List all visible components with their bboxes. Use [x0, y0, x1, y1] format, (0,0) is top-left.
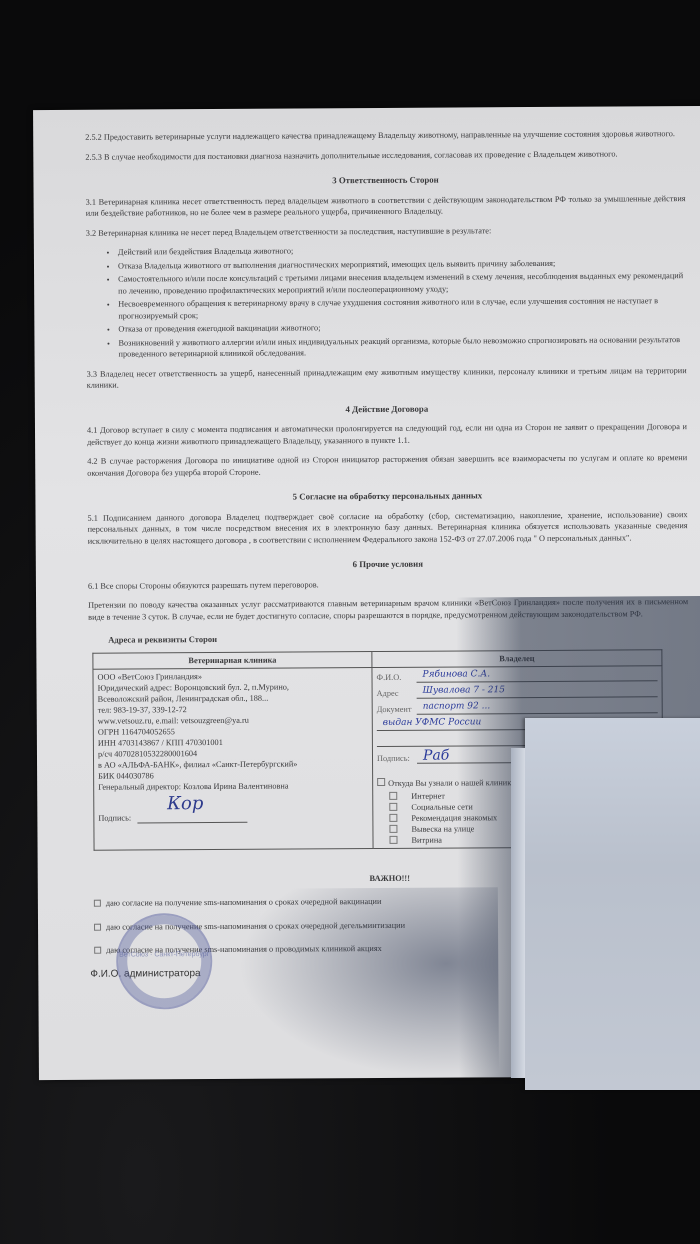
- owner-document-label: Документ: [377, 703, 417, 714]
- requisites-title: Адреса и реквизиты Сторон: [108, 631, 688, 646]
- owner-column-header: Владелец: [372, 649, 662, 667]
- clinic-line: Генеральный директор: Козлова Ирина Вале…: [98, 780, 368, 793]
- owner-signature-label: Подпись:: [377, 752, 417, 763]
- checkbox-icon[interactable]: [94, 947, 101, 954]
- checkbox-icon[interactable]: [389, 814, 397, 822]
- clinic-details: ООО «ВетСоюз Гринландия» Юридический адр…: [97, 670, 368, 793]
- clinic-signature-label: Подпись:: [98, 812, 131, 823]
- clinic-signature-row: Подпись: Кор: [98, 807, 368, 824]
- clinic-signature-line: Кор: [137, 807, 247, 823]
- list-item: Несвоевременного обращения к ветеринарно…: [118, 295, 686, 321]
- checkbox-icon[interactable]: [389, 792, 397, 800]
- owner-address-value: Шувалова 7 - 215: [417, 684, 658, 698]
- owner-fio-label: Ф.И.О.: [376, 671, 416, 682]
- clause-6-1: 6.1 Все споры Стороны обязуются разрешат…: [88, 577, 688, 592]
- owner-document-value: паспорт 92 ...: [417, 700, 658, 714]
- clinic-details-cell: ООО «ВетСоюз Гринландия» Юридический адр…: [93, 667, 373, 850]
- paper-stack-overlay: [525, 718, 700, 1090]
- clinic-column-header: Ветеринарная клиника: [93, 651, 372, 669]
- clause-3-3: 3.3 Владелец несет ответственность за ущ…: [87, 365, 687, 392]
- checkbox-icon[interactable]: [94, 900, 101, 907]
- clause-4-2: 4.2 В случае расторжения Договора по ини…: [87, 452, 687, 479]
- clause-2-5-3: 2.5.3 В случае необходимости для постано…: [85, 148, 685, 163]
- list-item: Отказа Владельца животного от выполнения…: [118, 257, 686, 272]
- clause-6-2: Претензии по поводу качества оказанных у…: [88, 596, 688, 623]
- clause-5-1: 5.1 Подписанием данного договора Владеле…: [88, 509, 688, 547]
- checkbox-icon[interactable]: [389, 836, 397, 844]
- liability-exclusions-list: Действий или бездействия Владельца живот…: [86, 243, 687, 360]
- list-item: Действий или бездействия Владельца живот…: [118, 243, 686, 258]
- clinic-signature: Кор: [167, 798, 203, 809]
- clause-4-1: 4.1 Договор вступает в силу с момента по…: [87, 421, 687, 448]
- owner-fio-row: Ф.И.О. Рябинова С.А.: [376, 668, 657, 683]
- section-6-title: 6 Прочие условия: [88, 557, 688, 572]
- checkbox-icon[interactable]: [389, 803, 397, 811]
- list-item: Самостоятельного и/или после консультаци…: [118, 270, 686, 296]
- clause-3-2: 3.2 Ветеринарная клиника не несет перед …: [86, 224, 686, 239]
- section-4-title: 4 Действие Договора: [87, 402, 687, 417]
- owner-document-row: Документ паспорт 92 ...: [377, 700, 658, 715]
- section-5-title: 5 Согласие на обработку персональных дан…: [87, 489, 687, 504]
- clause-3-1: 3.1 Ветеринарная клиника несет ответстве…: [86, 193, 686, 220]
- checkbox-icon: [377, 777, 385, 785]
- owner-address-label: Адрес: [377, 687, 417, 698]
- clause-2-5-2: 2.5.2 Предоставить ветеринарные услуги н…: [85, 128, 685, 143]
- checkbox-icon[interactable]: [94, 923, 101, 930]
- list-item: Отказа от проведения ежегодной вакцинаци…: [118, 320, 686, 335]
- list-item: Возникновений у животного аллергии и/или…: [118, 334, 686, 360]
- checkbox-icon[interactable]: [389, 825, 397, 833]
- owner-fio-value: Рябинова С.А.: [416, 668, 657, 682]
- owner-address-row: Адрес Шувалова 7 - 215: [377, 684, 658, 699]
- section-3-title: 3 Ответственность Сторон: [85, 173, 685, 188]
